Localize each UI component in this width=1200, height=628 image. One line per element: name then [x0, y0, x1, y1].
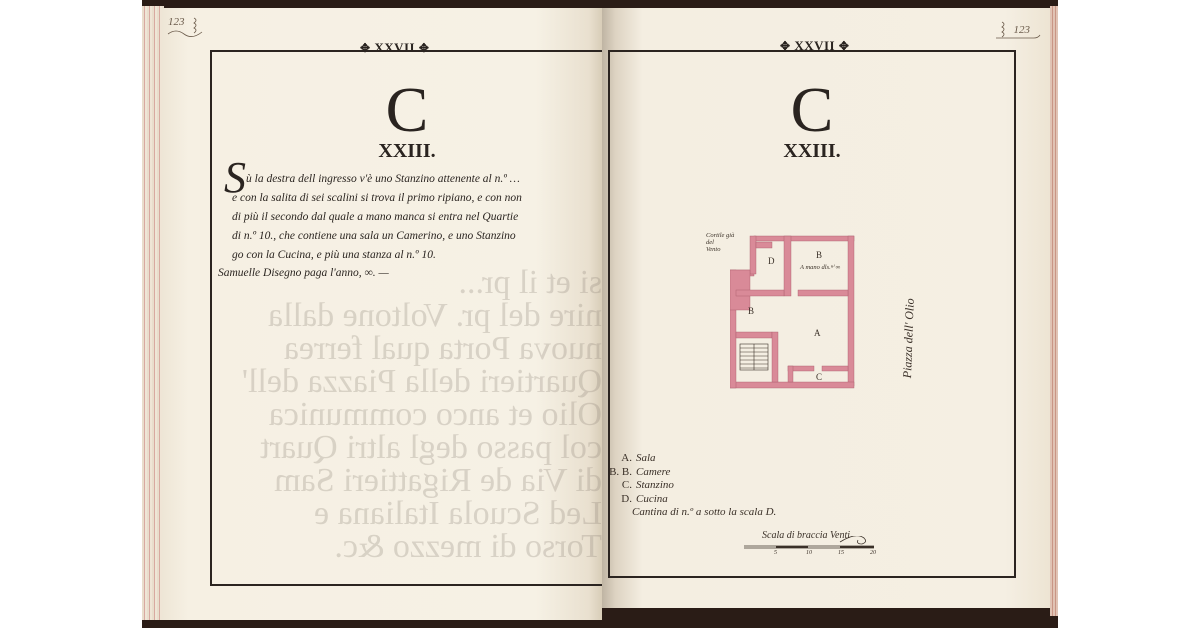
open-book: 123 ✥ XXVII ✥ C XXIII. S ù la destra del…: [142, 0, 1058, 628]
page-edges-right: [1050, 6, 1058, 616]
page-frame: C XXIII. S ù la destra dell ingresso v'è…: [210, 50, 602, 586]
legend-item: A.Sala: [606, 452, 776, 466]
legend-item: Cantina di n.º a sotto la scala D.: [606, 506, 776, 520]
scale-tick: 15: [838, 550, 844, 556]
plan-legend: A.Sala B. B.Camere C.Stanzino D.Cucina C…: [606, 452, 776, 520]
section-number: XXIII.: [610, 140, 1014, 163]
scale-tick: 5: [774, 550, 777, 556]
street-label: Piazza dell' Olio: [900, 298, 918, 378]
room-label-d: D: [768, 256, 775, 266]
bleed-through-text: si et il pr... nire del pr. Voltone dall…: [212, 52, 602, 584]
page-frame: C XXIII.: [608, 50, 1016, 578]
page-edges-left: [142, 6, 164, 620]
right-page: 123 ✥ XXVII ✥ C XXIII.: [602, 8, 1050, 608]
room-label-c: C: [816, 372, 822, 382]
room-label-a: A: [814, 328, 821, 338]
room-label-b-upper: B: [816, 250, 822, 260]
legend-item: C.Stanzino: [606, 479, 776, 493]
scale-tick: 20: [870, 550, 876, 556]
section-letter: C: [610, 78, 1014, 142]
scale-tick: 10: [806, 550, 812, 556]
legend-item: D.Cucina: [606, 493, 776, 507]
legend-item: B. B.Camere: [606, 466, 776, 480]
room-label-b-lower: B: [748, 306, 754, 316]
folio-flourish-icon: [166, 14, 206, 40]
floor-plan: D B A mano dls.ⁿⁱ ∞ B A C: [730, 232, 890, 392]
courtyard-note: Cortile già del Vento: [706, 232, 734, 253]
room-note: A mano dls.ⁿⁱ ∞: [800, 264, 840, 271]
folio-flourish-icon: [994, 18, 1042, 42]
left-page: 123 ✥ XXVII ✥ C XXIII. S ù la destra del…: [162, 8, 602, 620]
